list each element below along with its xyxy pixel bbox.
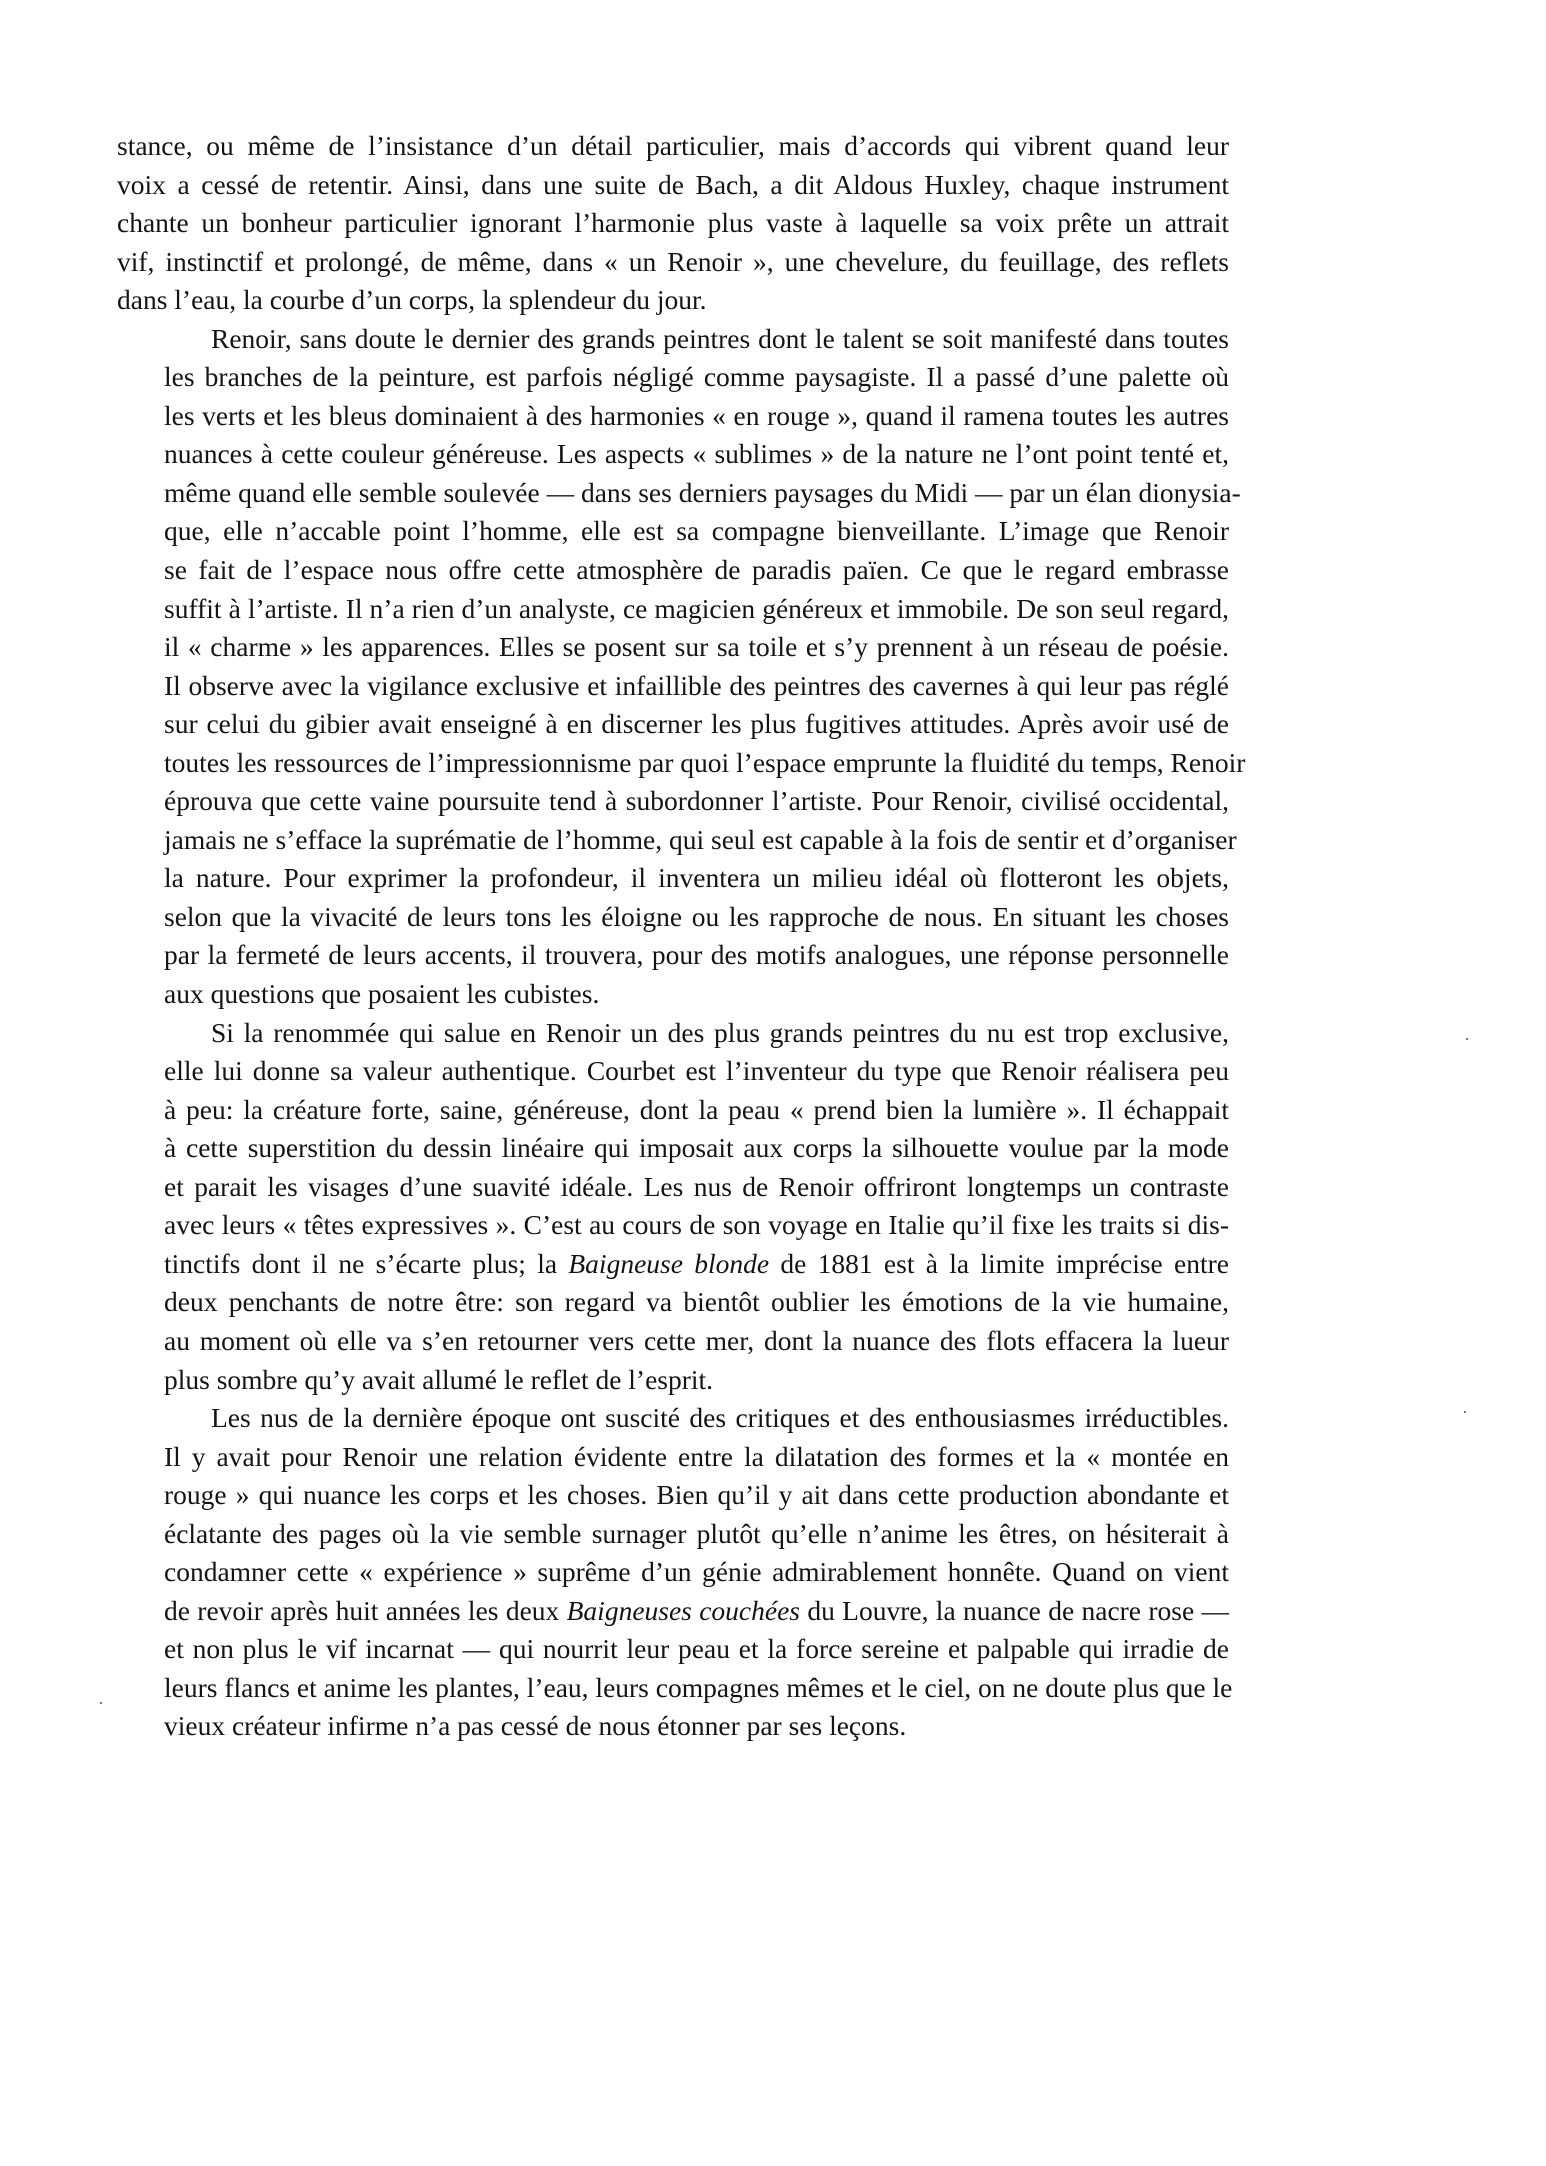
text-line: se fait de l’espace nous offre cette atm… [117, 551, 1229, 590]
text-run: sur celui du gibier avait enseigné à en … [164, 708, 1229, 739]
text-line: tinctifs dont il ne s’écarte plus; la Ba… [117, 1245, 1229, 1284]
text-line: de revoir après huit années les deux Bai… [117, 1592, 1229, 1631]
text-run: chante un bonheur particulier ignorant l… [117, 207, 1229, 238]
text-line: aux questions que posaient les cubistes. [117, 975, 1229, 1014]
text-run: de 1881 est à la limite imprécise entre [769, 1248, 1229, 1279]
text-line: éprouva que cette vaine poursuite tend à… [117, 782, 1229, 821]
text-run: se fait de l’espace nous offre cette atm… [164, 554, 1229, 585]
text-run: jamais ne s’efface la suprématie de l’ho… [164, 824, 1237, 855]
text-run: avec leurs « têtes expressives ». C’est … [164, 1209, 1229, 1240]
text-line: au moment où elle va s’en retourner vers… [117, 1322, 1229, 1361]
text-line: rouge » qui nuance les corps et les chos… [117, 1476, 1229, 1515]
text-run: condamner cette « expérience » suprême d… [164, 1556, 1229, 1587]
text-run: même quand elle semble soulevée — dans s… [164, 477, 1241, 508]
text-line: nuances à cette couleur généreuse. Les a… [117, 435, 1229, 474]
text-run: et non plus le vif incarnat — qui nourri… [164, 1633, 1229, 1664]
text-run: vif, instinctif et prolongé, de même, da… [117, 246, 1229, 277]
text-line: condamner cette « expérience » suprême d… [117, 1553, 1229, 1592]
paragraph: Renoir, sans doute le dernier des grands… [117, 320, 1229, 1014]
text-line: suffit à l’artiste. Il n’a rien d’un ana… [117, 590, 1229, 629]
italic-title: Baigneuse blonde [568, 1248, 769, 1279]
text-run: nuances à cette couleur généreuse. Les a… [164, 438, 1229, 469]
text-run: Les nus de la dernière époque ont suscit… [211, 1402, 1229, 1433]
text-line: plus sombre qu’y avait allumé le reflet … [117, 1361, 1229, 1400]
text-run: selon que la vivacité de leurs tons les … [164, 901, 1229, 932]
text-run: Il y avait pour Renoir une relation évid… [164, 1441, 1229, 1472]
text-run: de revoir après huit années les deux [164, 1595, 567, 1626]
text-line: voix a cessé de retentir. Ainsi, dans un… [117, 166, 1229, 205]
text-run: suffit à l’artiste. Il n’a rien d’un ana… [164, 593, 1229, 624]
text-run: leurs flancs et anime les plantes, l’eau… [164, 1672, 1232, 1703]
text-run: aux questions que posaient les cubistes. [164, 978, 599, 1009]
text-line: et parait les visages d’une suavité idéa… [117, 1168, 1229, 1207]
text-run: éclatante des pages où la vie semble sur… [164, 1518, 1229, 1549]
text-line: vieux créateur infirme n’a pas cessé de … [117, 1707, 1229, 1746]
text-line: il « charme » les apparences. Elles se p… [117, 628, 1229, 667]
text-run: Il observe avec la vigilance exclusive e… [164, 670, 1229, 701]
text-run: par la fermeté de leurs accents, il trou… [164, 939, 1229, 970]
text-run: dans l’eau, la courbe d’un corps, la spl… [117, 284, 707, 315]
scan-speck [100, 1702, 102, 1704]
scan-speck [1466, 1038, 1468, 1040]
text-line: Il observe avec la vigilance exclusive e… [117, 667, 1229, 706]
text-line: que, elle n’accable point l’homme, elle … [117, 512, 1229, 551]
text-line: éclatante des pages où la vie semble sur… [117, 1515, 1229, 1554]
text-run: voix a cessé de retentir. Ainsi, dans un… [117, 169, 1229, 200]
text-line: à cette superstition du dessin linéaire … [117, 1129, 1229, 1168]
text-run: la nature. Pour exprimer la profondeur, … [164, 862, 1229, 893]
text-line: selon que la vivacité de leurs tons les … [117, 898, 1229, 937]
paragraph: stance, ou même de l’insistance d’un dét… [117, 127, 1229, 320]
text-run: éprouva que cette vaine poursuite tend à… [164, 785, 1229, 816]
text-line: la nature. Pour exprimer la profondeur, … [117, 859, 1229, 898]
text-line: leurs flancs et anime les plantes, l’eau… [117, 1669, 1229, 1708]
text-run: à peu: la créature forte, saine, généreu… [164, 1094, 1229, 1125]
text-line: par la fermeté de leurs accents, il trou… [117, 936, 1229, 975]
text-line: toutes les ressources de l’impressionnis… [117, 744, 1229, 783]
text-run: Si la renommée qui salue en Renoir un de… [211, 1017, 1229, 1048]
text-run: vieux créateur infirme n’a pas cessé de … [164, 1710, 906, 1741]
italic-title: Baigneuses couchées [567, 1595, 800, 1626]
text-run: au moment où elle va s’en retourner vers… [164, 1325, 1229, 1356]
text-run: à cette superstition du dessin linéaire … [164, 1132, 1229, 1163]
text-run: il « charme » les apparences. Elles se p… [164, 631, 1229, 662]
text-line: sur celui du gibier avait enseigné à en … [117, 705, 1229, 744]
text-run: que, elle n’accable point l’homme, elle … [164, 515, 1229, 546]
text-run: elle lui donne sa valeur authentique. Co… [164, 1055, 1229, 1086]
text-line: deux penchants de notre être: son regard… [117, 1283, 1229, 1322]
text-line: et non plus le vif incarnat — qui nourri… [117, 1630, 1229, 1669]
text-line: elle lui donne sa valeur authentique. Co… [117, 1052, 1229, 1091]
text-line: avec leurs « têtes expressives ». C’est … [117, 1206, 1229, 1245]
text-line: même quand elle semble soulevée — dans s… [117, 474, 1229, 513]
paragraph: Les nus de la dernière époque ont suscit… [117, 1399, 1229, 1746]
text-line: vif, instinctif et prolongé, de même, da… [117, 243, 1229, 282]
text-line: Renoir, sans doute le dernier des grands… [117, 320, 1229, 359]
text-line: les branches de la peinture, est parfois… [117, 358, 1229, 397]
paragraph: Si la renommée qui salue en Renoir un de… [117, 1014, 1229, 1399]
text-run: les branches de la peinture, est parfois… [164, 361, 1229, 392]
text-line: Si la renommée qui salue en Renoir un de… [117, 1014, 1229, 1053]
text-run: du Louvre, la nuance de nacre rose — [800, 1595, 1229, 1626]
text-line: les verts et les bleus dominaient à des … [117, 397, 1229, 436]
text-run: toutes les ressources de l’impressionnis… [164, 747, 1245, 778]
text-run: Renoir, sans doute le dernier des grands… [211, 323, 1229, 354]
text-run: les verts et les bleus dominaient à des … [164, 400, 1229, 431]
text-line: jamais ne s’efface la suprématie de l’ho… [117, 821, 1229, 860]
text-run: stance, ou même de l’insistance d’un dét… [117, 130, 1229, 161]
text-line: stance, ou même de l’insistance d’un dét… [117, 127, 1229, 166]
text-run: plus sombre qu’y avait allumé le reflet … [164, 1364, 713, 1395]
text-run: deux penchants de notre être: son regard… [164, 1286, 1229, 1317]
text-line: chante un bonheur particulier ignorant l… [117, 204, 1229, 243]
text-line: à peu: la créature forte, saine, généreu… [117, 1091, 1229, 1130]
text-run: rouge » qui nuance les corps et les chos… [164, 1479, 1229, 1510]
scan-speck [1464, 1411, 1466, 1413]
text-run: tinctifs dont il ne s’écarte plus; la [164, 1248, 568, 1279]
text-line: Il y avait pour Renoir une relation évid… [117, 1438, 1229, 1477]
text-line: dans l’eau, la courbe d’un corps, la spl… [117, 281, 1229, 320]
text-line: Les nus de la dernière époque ont suscit… [117, 1399, 1229, 1438]
text-run: et parait les visages d’une suavité idéa… [164, 1171, 1229, 1202]
document-page: stance, ou même de l’insistance d’un dét… [117, 127, 1229, 1746]
